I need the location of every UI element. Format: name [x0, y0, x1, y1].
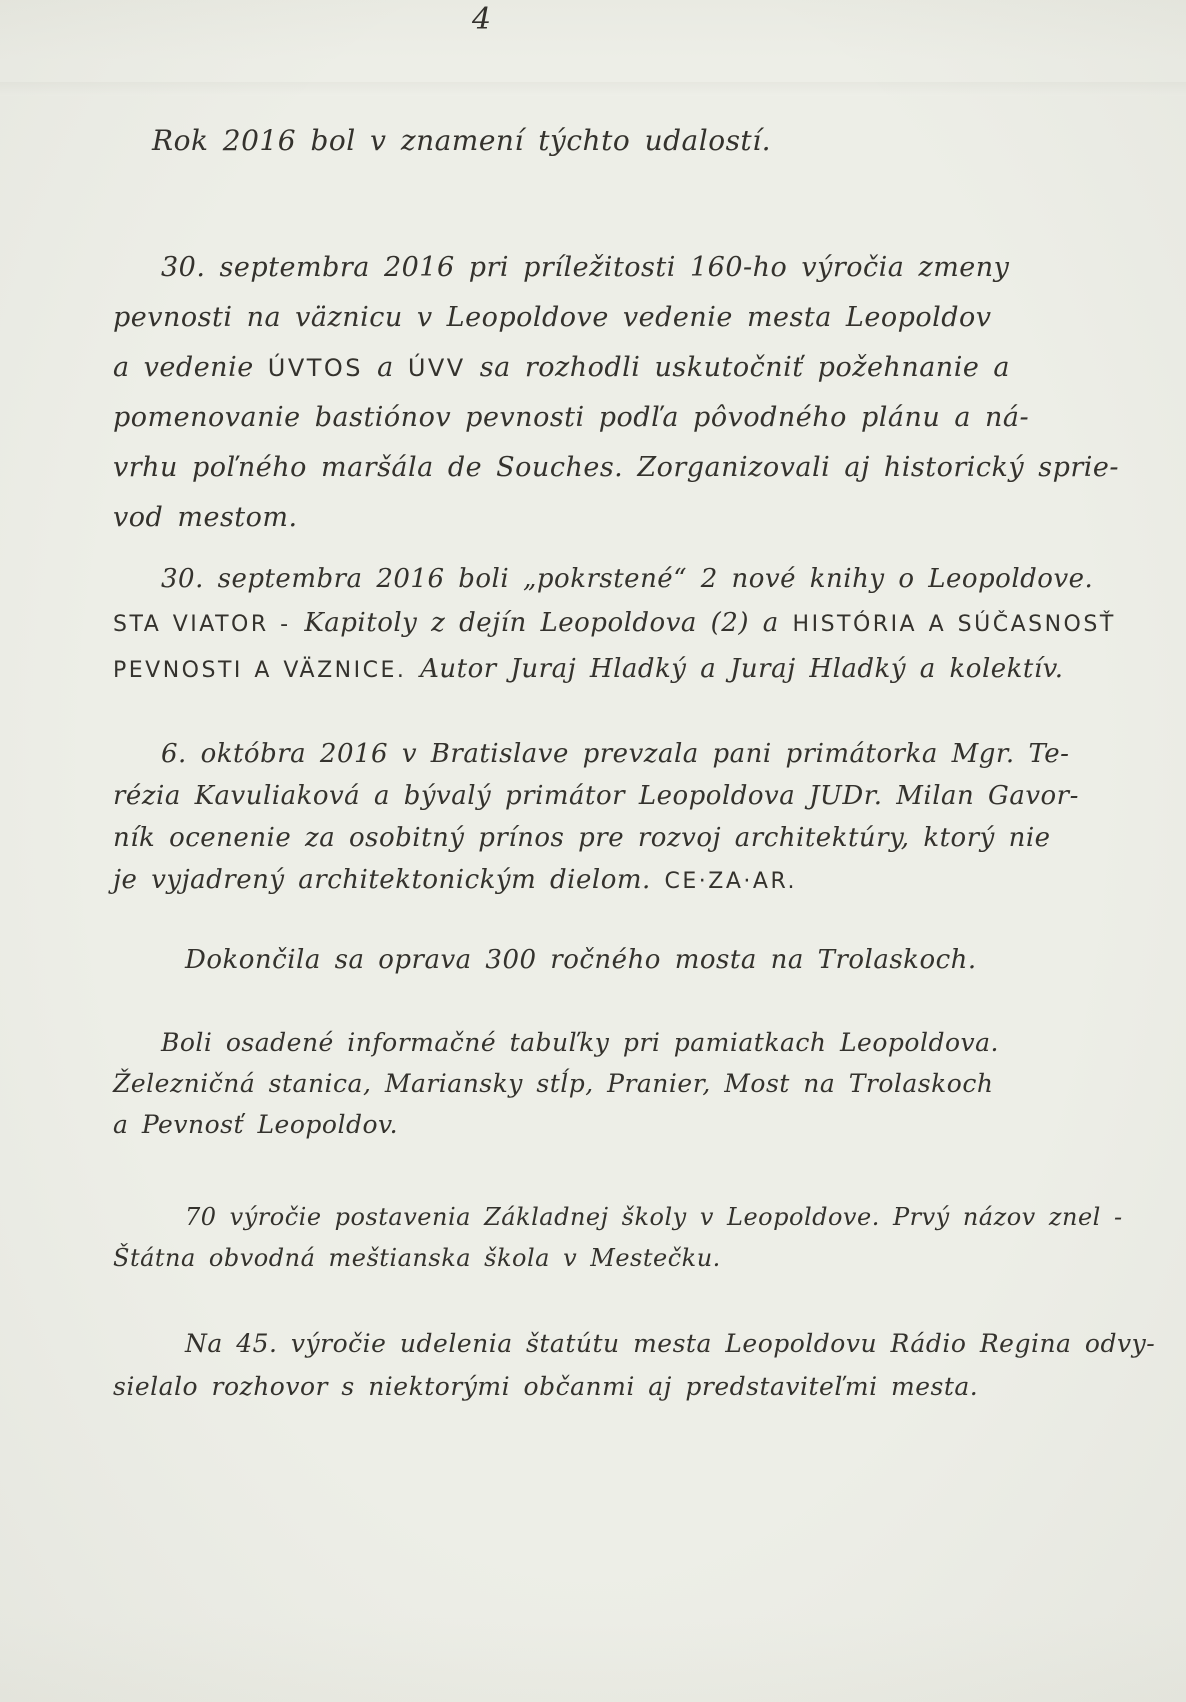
page-title: Rok 2016 bol v znamení týchto udalostí.: [152, 124, 771, 157]
handwriting-text: pomenovanie bastiónov pevnosti podľa pôv…: [113, 402, 1029, 433]
handwriting-text: 6. októbra 2016 v Bratislave prevzala pa…: [161, 739, 1069, 769]
handwritten-line: pomenovanie bastiónov pevnosti podľa pôv…: [113, 393, 1146, 443]
paragraph: 70 výročie postavenia Základnej školy v …: [113, 1197, 1146, 1279]
paragraph: Dokončila sa oprava 300 ročného mosta na…: [113, 940, 1146, 980]
handwritten-line: Na 45. výročie udelenia štatútu mesta Le…: [113, 1322, 1146, 1365]
handwriting-text: Štátna obvodná meštianska škola v Mesteč…: [113, 1244, 721, 1272]
handwriting-text: ník ocenenie za osobitný prínos pre rozv…: [113, 823, 1051, 853]
handwritten-line: vrhu poľného maršála de Souches. Zorgani…: [113, 443, 1146, 493]
handwriting-text: a Pevnosť Leopoldov.: [113, 1110, 398, 1139]
handwritten-line: Boli osadené informačné tabuľky pri pami…: [113, 1022, 1146, 1063]
chronicle-page: 4 Rok 2016 bol v znamení týchto udalostí…: [0, 0, 1186, 1702]
handwriting-text: vrhu poľného maršála de Souches. Zorgani…: [113, 452, 1119, 483]
paragraph: Na 45. výročie udelenia štatútu mesta Le…: [113, 1322, 1146, 1408]
handwritten-line: 30. septembra 2016 pri príležitosti 160-…: [113, 243, 1146, 293]
handwriting-text: pevnosti na väznicu v Leopoldove vedenie…: [113, 302, 992, 333]
handwritten-line: ník ocenenie za osobitný prínos pre rozv…: [113, 817, 1146, 859]
handwriting-text: Na 45. výročie udelenia štatútu mesta Le…: [185, 1329, 1155, 1358]
handwriting-text: a: [363, 352, 408, 383]
handwritten-line: 6. októbra 2016 v Bratislave prevzala pa…: [113, 733, 1146, 775]
handwriting-text: a vedenie: [113, 352, 268, 383]
handwritten-line: 30. septembra 2016 boli „pokrstené“ 2 no…: [113, 557, 1146, 601]
handwriting-text: Boli osadené informačné tabuľky pri pami…: [161, 1028, 999, 1057]
print-caps-text: ÚVV: [408, 354, 466, 382]
print-caps-text: ÚVTOS: [268, 354, 363, 382]
paragraph: 30. septembra 2016 pri príležitosti 160-…: [113, 243, 1146, 543]
print-caps-text: STA VIATOR -: [113, 612, 291, 637]
handwriting-text: sa rozhodli uskutočniť požehnanie a: [466, 352, 1010, 383]
handwritten-line: STA VIATOR - Kapitoly z dejín Leopoldova…: [113, 601, 1146, 647]
handwritten-line: 70 výročie postavenia Základnej školy v …: [113, 1197, 1146, 1238]
paragraph: Boli osadené informačné tabuľky pri pami…: [113, 1022, 1146, 1145]
handwriting-text: Kapitoly z dejín Leopoldova (2) a: [291, 608, 793, 638]
handwritten-line: PEVNOSTI A VÄZNICE. Autor Juraj Hladký a…: [113, 647, 1146, 693]
handwriting-text: 30. septembra 2016 pri príležitosti 160-…: [161, 252, 1009, 283]
handwritten-line: vod mestom.: [113, 493, 1146, 543]
handwritten-line: a Pevnosť Leopoldov.: [113, 1104, 1146, 1145]
handwriting-text: 30. septembra 2016 boli „pokrstené“ 2 no…: [161, 564, 1093, 594]
print-caps-text: CE·ZA·AR.: [665, 869, 797, 894]
paragraph: 6. októbra 2016 v Bratislave prevzala pa…: [113, 733, 1146, 903]
handwritten-line: rézia Kavuliaková a bývalý primátor Leop…: [113, 775, 1146, 817]
print-caps-text: HISTÓRIA A SÚČASNOSŤ: [793, 612, 1116, 637]
handwritten-line: je vyjadrený architektonickým dielom. CE…: [113, 859, 1146, 903]
handwritten-line: Štátna obvodná meštianska škola v Mesteč…: [113, 1238, 1146, 1279]
page-number: 4: [472, 2, 492, 37]
paragraph: 30. septembra 2016 boli „pokrstené“ 2 no…: [113, 557, 1146, 693]
handwriting-text: Dokončila sa oprava 300 ročného mosta na…: [185, 945, 977, 975]
handwriting-text: vod mestom.: [113, 502, 298, 533]
handwriting-text: je vyjadrený architektonickým dielom.: [113, 865, 665, 895]
handwriting-text: sielalo rozhovor s niektorými občanmi aj…: [113, 1372, 978, 1401]
handwritten-line: sielalo rozhovor s niektorými občanmi aj…: [113, 1365, 1146, 1408]
handwriting-text: rézia Kavuliaková a bývalý primátor Leop…: [113, 781, 1079, 811]
print-caps-text: PEVNOSTI A VÄZNICE.: [113, 658, 406, 683]
handwritten-line: Železničná stanica, Mariansky stĺp, Pran…: [113, 1063, 1146, 1104]
handwriting-text: Železničná stanica, Mariansky stĺp, Pran…: [113, 1069, 993, 1098]
handwritten-line: a vedenie ÚVTOS a ÚVV sa rozhodli uskuto…: [113, 343, 1146, 393]
handwriting-text: Autor Juraj Hladký a Juraj Hladký a kole…: [406, 654, 1063, 684]
handwritten-line: pevnosti na väznicu v Leopoldove vedenie…: [113, 293, 1146, 343]
handwritten-line: Dokončila sa oprava 300 ročného mosta na…: [113, 940, 1146, 980]
handwriting-text: 70 výročie postavenia Základnej školy v …: [185, 1203, 1123, 1231]
